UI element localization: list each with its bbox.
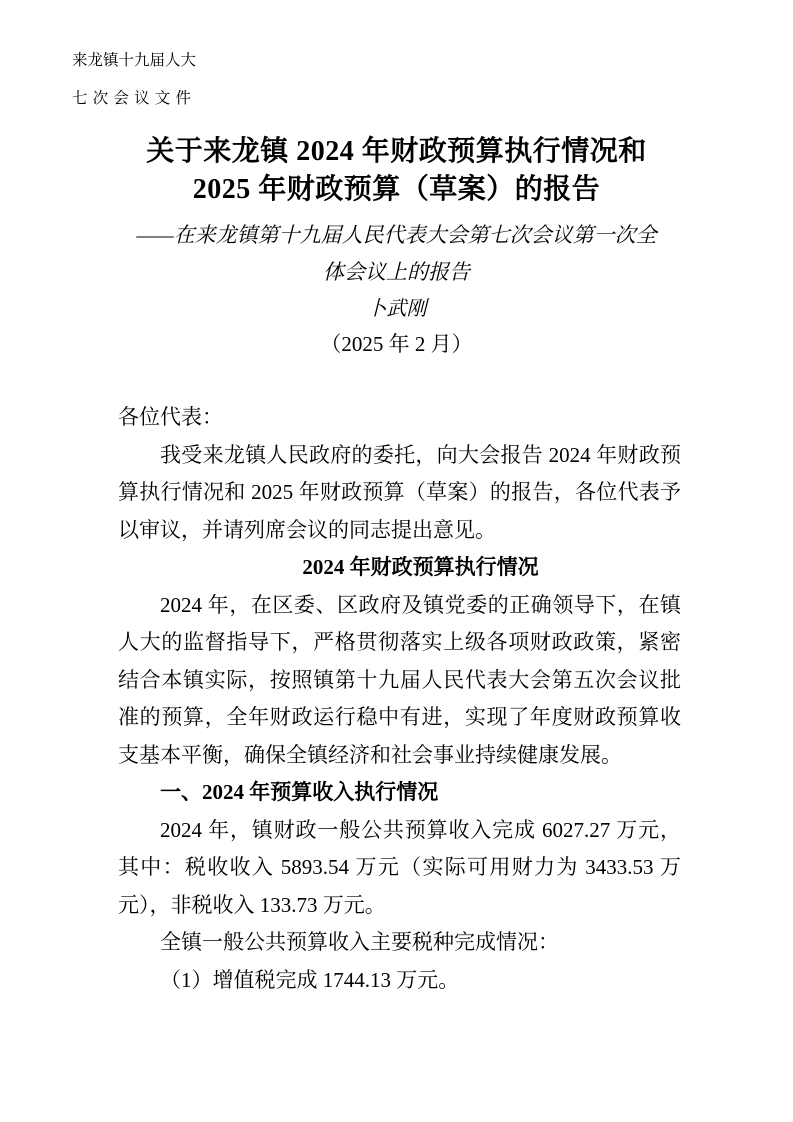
issuing-body-line2: 七次会议文件 [72,90,191,107]
salutation: 各位代表： [118,399,681,437]
section1-heading: 2024 年财政预算执行情况 [118,549,681,587]
document-page: 来龙镇十九届人大 七次会议文件 关于来龙镇 2024 年财政预算执行情况和 20… [0,0,793,1122]
report-title-line1: 关于来龙镇 2024 年财政预算执行情况和 [0,133,793,171]
report-author: 卜武刚 [0,294,793,324]
subsection1-paragraph1: 2024 年，镇财政一般公共预算收入完成 6027.27 万元，其中：税收收入 … [118,812,681,925]
issuing-body-header: 来龙镇十九届人大 七次会议文件 [72,52,191,107]
subsection1-paragraph2: 全镇一般公共预算收入主要税种完成情况： [118,924,681,962]
subsection1-paragraph3: （1）增值税完成 1744.13 万元。 [118,962,681,1000]
report-title-line2: 2025 年财政预算（草案）的报告 [0,171,793,209]
document-body: 各位代表： 我受来龙镇人民政府的委托，向大会报告 2024 年财政预算执行情况和… [118,399,681,999]
report-subtitle-line2: 体会议上的报告 [0,257,793,287]
issuing-body-line1: 来龙镇十九届人大 [72,52,191,69]
report-date: （2025 年 2 月） [0,329,793,359]
subsection1-heading: 一、2024 年预算收入执行情况 [118,774,681,812]
report-title: 关于来龙镇 2024 年财政预算执行情况和 2025 年财政预算（草案）的报告 [0,133,793,209]
intro-paragraph: 我受来龙镇人民政府的委托，向大会报告 2024 年财政预算执行情况和 2025 … [118,437,681,550]
section1-overview-paragraph: 2024 年，在区委、区政府及镇党委的正确领导下，在镇人大的监督指导下，严格贯彻… [118,587,681,775]
report-subtitle-line1: ——在来龙镇第十九届人民代表大会第七次会议第一次全 [0,220,793,250]
